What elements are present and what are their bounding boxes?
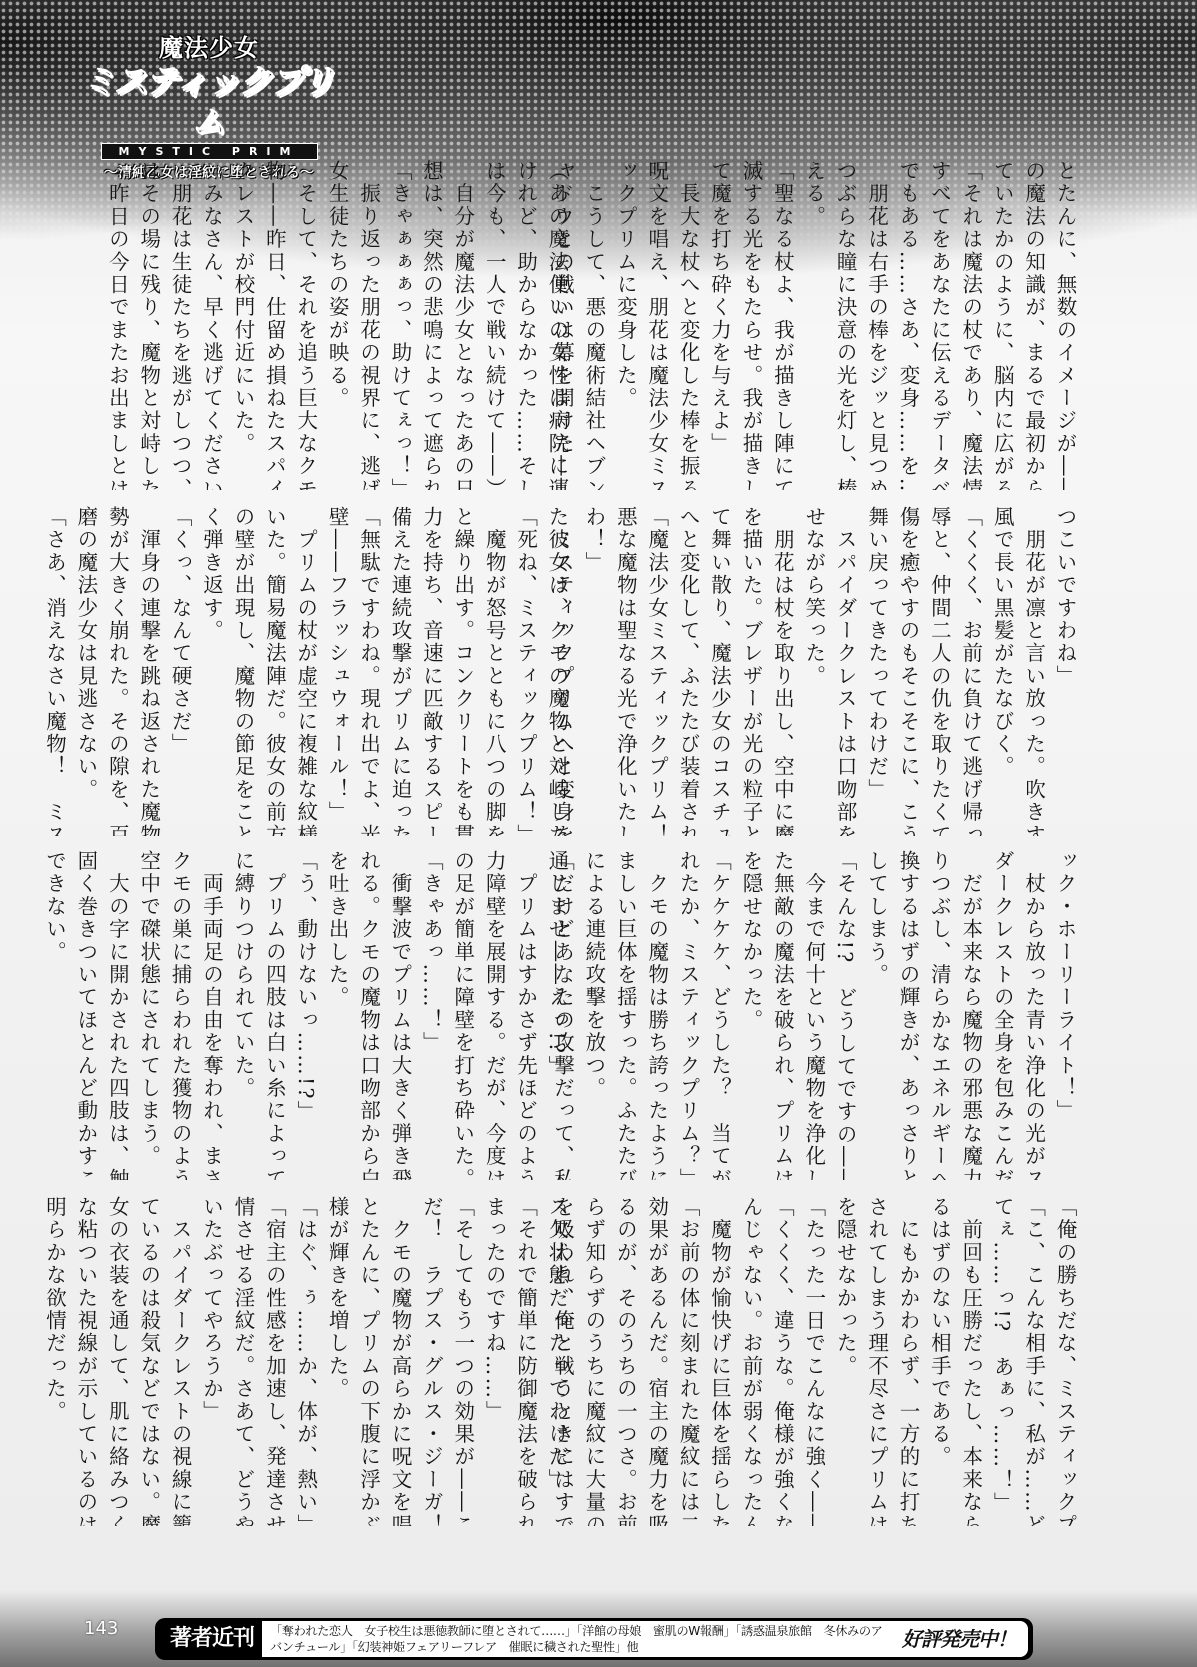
text-line: て魔を打ち砕く力を与えよ」 — [703, 160, 734, 490]
text-line: 「無駄ですわね。現れ出でよ、光の障 — [352, 506, 383, 836]
text-line: プリムの四肢は白い糸によって完全 — [258, 850, 289, 1180]
text-line: 「きゃあっ……！」 — [415, 850, 446, 1180]
text-line: つこいですわね」 — [1049, 506, 1080, 836]
text-line: はその場に残り、魔物と対峙した。 — [132, 160, 163, 490]
text-line: 様が輝きを増した。 — [321, 1196, 352, 1526]
text-line: 舞い戻ってきたってわけだ」 — [860, 506, 891, 836]
text-line: 「そんな!? どうしてですの――」 — [829, 850, 860, 1180]
text-line: クレストが校門付近にいた。 — [227, 160, 258, 490]
text-line: 「聖なる杖よ、我が描きし陣にて魔を — [766, 160, 797, 490]
text-line: 「きゃぁぁぁっ、助けてぇっ！」 — [384, 160, 415, 490]
text-line: すべてをあなたに伝えるデータベース — [923, 160, 954, 490]
text-line: 大の字に開かされた四肢は、触手が — [101, 850, 132, 1180]
text-line: 「そしてもう一つの効果が――これ — [446, 1196, 477, 1526]
text-line: 悪な魔物は聖なる光で浄化いたします — [609, 506, 640, 836]
text-line: （あの魔法使いの女性は病院に運んだ — [541, 160, 572, 490]
text-line: 滅する光をもたらせ。我が描きし姿に — [735, 160, 766, 490]
text-line: 女生徒たちの姿が映る。 — [321, 160, 352, 490]
text-line: ック・ホーリーライト！」 — [1049, 850, 1080, 1180]
text-line: 今まで何十という魔物を浄化してき — [797, 850, 828, 1180]
text-line: た彼女は、クモの魔物と対峙した。 — [541, 506, 572, 836]
text-line: 想は、突然の悲鳴によって遮られた。 — [415, 160, 446, 490]
text-line: 両手両足の自由を奪われ、まさしく — [195, 850, 226, 1180]
text-line: してしまう。 — [860, 850, 891, 1180]
series-romaji: MYSTIC PRIM — [101, 143, 318, 160]
text-line: 魔物が怒号とともに八つの脚を次々 — [478, 506, 509, 836]
text-line: ス欠状態だったってわけだ」 — [541, 1196, 572, 1526]
text-line: く弾き返す。 — [195, 506, 226, 836]
text-line: 「みなさん、早く逃げてください！」 — [195, 160, 226, 490]
text-line: 「くっ、なんて硬さだ」 — [164, 506, 195, 836]
text-line: 辱と、仲間二人の仇を取りたくてなぁ。 — [923, 506, 954, 836]
text-line: は今も、一人で戦い続けて――） — [478, 160, 509, 490]
text-line: だが本来なら魔物の邪悪な魔力を塗 — [954, 850, 985, 1180]
tier-3-right-block: ック・ホーリーライト！」 杖から放った青い浄化の光がスパイダークレストの全身を包… — [545, 850, 1080, 1180]
text-line: んじゃない。お前が弱くなったんだ」 — [735, 1196, 766, 1526]
text-line: けれど、助からなかった……そして私 — [509, 160, 540, 490]
author-ad-tagline: 好評発売中！ — [902, 1622, 1016, 1656]
text-line: の魔法の知識が、まるで最初から知っ — [1017, 160, 1048, 490]
text-line: ていたかのように、脳内に広がる。 — [986, 160, 1017, 490]
text-line: るのが、そのうちの一つさ。お前は知 — [609, 1196, 640, 1526]
author-ad-label: 著者近刊 — [170, 1622, 254, 1656]
text-line: の足が簡単に障壁を打ち砕いた。 — [446, 850, 477, 1180]
text-line: 呪文を唱え、朋花は魔法少女ミスティ — [640, 160, 671, 490]
text-line: まったのですね……」 — [478, 1196, 509, 1526]
text-line: 固く巻きついてほとんど動かすことも — [70, 850, 101, 1180]
text-line: 女の衣装を通して、肌に絡みつくよう — [101, 1196, 132, 1526]
text-line: 「ケケケケ、どうした？ 当てが外 — [703, 850, 734, 1180]
text-line: プリムの杖が虚空に複雑な紋様を描 — [289, 506, 320, 836]
page-number: 143 — [84, 1618, 118, 1639]
text-line: るはずのない相手である。 — [923, 1196, 954, 1526]
text-line: されてしまう理不尽さにプリムは動揺 — [860, 1196, 891, 1526]
text-line: スパイダークレストは口吻部を震わ — [829, 506, 860, 836]
text-line: 「俺の勝ちだな、ミスティックプリム」 — [1049, 1196, 1080, 1526]
text-line: だ！ ラプス・グルス・ジーガ！」 — [415, 1196, 446, 1526]
tier-3-left-block: 通じませ――えっ!?」 プリムはすかさず先ほどのように魔力障壁を展開する。だが、… — [37, 850, 572, 1180]
text-line: 渾身の連撃を跳ね返された魔物の体 — [132, 506, 163, 836]
text-line: りつぶし、清らかなエネルギーへと変 — [923, 850, 954, 1180]
series-title: ミスティックプリム — [78, 63, 340, 143]
text-line: 力を持ち、音速に匹敵するスピードを — [415, 506, 446, 836]
text-line: 「宿主の性感を加速し、発達させ、発 — [258, 1196, 289, 1526]
text-line: できない。 — [38, 850, 69, 1180]
text-line: 「魔法少女ミスティックプリム！ 邪 — [640, 506, 671, 836]
text-line: つぶらな瞳に決意の光を灯し、棒を構 — [829, 160, 860, 490]
text-line: 勢が大きく崩れた。その隙を、百戦錬 — [101, 506, 132, 836]
text-line: そして、それを追う巨大なクモの魔 — [289, 160, 320, 490]
text-line: 「はぐ、ぅ……か、体が、熱い」 — [289, 1196, 320, 1526]
text-line: 長大な杖へと変化した棒を振るい、 — [672, 160, 703, 490]
text-line: 通じませ――えっ!?」 — [541, 850, 572, 1180]
text-line: わ！」 — [578, 506, 609, 836]
text-line: 朋花は右手の棒をジッと見つめた。 — [860, 160, 891, 490]
tier-1-left-block: （あの魔法使いの女性は病院に運んだけれど、助からなかった……そして私は今も、一人… — [92, 160, 572, 490]
text-line: える。 — [797, 160, 828, 490]
tier-2-right-block: つこいですわね」 朋花が凛と言い放った。吹きすさぶ風で長い黒髪がたなびく。「くく… — [545, 506, 1080, 836]
text-line: を吐き出した。 — [321, 850, 352, 1180]
text-line: 朋花は杖を取り出し、空中に魔法陣 — [766, 506, 797, 836]
text-line: 振り返った朋花の視界に、逃げ惑う — [352, 160, 383, 490]
text-line: プリムはすかさず先ほどのように魔 — [509, 850, 540, 1180]
text-line: 力障壁を展開する。だが、今度は魔物 — [478, 850, 509, 1180]
text-line: を隠せなかった。 — [829, 1196, 860, 1526]
text-line: による連続攻撃を放つ。 — [578, 850, 609, 1180]
text-line: でもある……さあ、変身……を……」 — [892, 160, 923, 490]
text-line: 前回も圧勝だったし、本来なら負け — [954, 1196, 985, 1526]
text-line: 換するはずの輝きが、あっさりと霧散 — [892, 850, 923, 1180]
text-line: 杖から放った青い浄化の光がスパイ — [1017, 850, 1048, 1180]
text-line: クモの魔物は勝ち誇ったようにおぞ — [640, 850, 671, 1180]
text-line: 「さあ、消えなさい魔物！ ミスティ — [38, 506, 69, 836]
tier-2-left-block: た彼女は、クモの魔物と対峙した。「死ね、ミスティックプリム！」 魔物が怒号ととも… — [37, 506, 572, 836]
text-line: を描いた。ブレザーが光の粒子となっ — [735, 506, 766, 836]
text-line: スパイダークレストの視線に籠もっ — [164, 1196, 195, 1526]
text-line: とたんに、プリムの下腹に浮かぶ紋 — [352, 1196, 383, 1526]
text-line: ましい巨体を揺すった。ふたたび節足 — [609, 850, 640, 1180]
text-line: らず知らずのうちに魔紋に大量の魔力 — [578, 1196, 609, 1526]
text-line: に縛りつけられていた。 — [227, 850, 258, 1180]
text-line: 風で長い黒髪がたなびく。 — [986, 506, 1017, 836]
text-line: せながら笑った。 — [797, 506, 828, 836]
series-kicker: 魔法少女 — [78, 28, 340, 63]
text-line: れたか、ミスティックプリム？」 — [672, 850, 703, 1180]
author-ad-titles: 「奪われた恋人 女子校生は悪徳教師に堕とされて……」「洋館の母娘 蜜肌のW報酬」… — [270, 1623, 890, 1655]
text-line: 効果があるんだ。宿主の魔力を吸い取 — [640, 1196, 671, 1526]
text-line: 朋花は生徒たちを逃がしつつ、自ら — [164, 160, 195, 490]
text-line: 自分が魔法少女となったあの日の回 — [446, 160, 477, 490]
text-line: 傷を癒やすのもそこそこに、こうして — [892, 506, 923, 836]
text-line: を隠せなかった。 — [735, 850, 766, 1180]
text-line: 衝撃波でプリムは大きく弾き飛ばさ — [384, 850, 415, 1180]
text-line: 「死ね、ミスティックプリム！」 — [509, 506, 540, 836]
text-line: 「こ、こんな相手に、私が……どうし — [1017, 1196, 1048, 1526]
text-line: た無敵の魔法を破られ、プリムは動揺 — [766, 850, 797, 1180]
text-line: 情させる淫紋だ。さあて、どうやって — [227, 1196, 258, 1526]
tier-4-left-block: ス欠状態だったってわけだ」「それで簡単に防御魔法を破られてしまったのですね……」… — [37, 1196, 572, 1526]
text-line: ックプリムに変身した。 — [609, 160, 640, 490]
text-line: とたんに、無数のイメージが――数々 — [1049, 160, 1080, 490]
text-line: 魔物が愉快げに巨体を揺らした。 — [703, 1196, 734, 1526]
text-line: 「昨日の今日でまたお出ましとは、し — [101, 160, 132, 490]
text-line: 物――昨日、仕留め損ねたスパイダー — [258, 160, 289, 490]
text-line: 「それで簡単に防御魔法を破られてし — [509, 1196, 540, 1526]
text-line: 磨の魔法少女は見逃さない。 — [70, 506, 101, 836]
text-line: と繰り出す。コンクリートをも貫く威 — [446, 506, 477, 836]
text-line: てぇ……っ!? あぁっ……！」 — [986, 1196, 1017, 1526]
text-line: クモの魔物が高らかに呪文を唱える。 — [384, 1196, 415, 1526]
text-line: 「くくく、お前に負けて逃げ帰った屈 — [954, 506, 985, 836]
text-line: れる。クモの魔物は口吻部から白い糸 — [352, 850, 383, 1180]
text-line: 明らかな欲情だった。 — [38, 1196, 69, 1526]
text-line: 「くくく、違うな。俺様が強くなった — [766, 1196, 797, 1526]
tier-4-right-block: 「俺の勝ちだな、ミスティックプリム」「こ、こんな相手に、私が……どうしてぇ……っ… — [545, 1196, 1080, 1526]
text-line: いた。簡易魔法陣だ。彼女の前方に光 — [258, 506, 289, 836]
text-line: クモの巣に捕らわれた獲物のように、 — [164, 850, 195, 1180]
text-line: て舞い散り、魔法少女のコスチューム — [703, 506, 734, 836]
text-line: 壁――フラッシュウォール！」 — [321, 506, 352, 836]
text-line: 空中で磔状態にされてしまう。 — [132, 850, 163, 1180]
text-line: 「お前の体に刻まれた魔紋には二つの — [672, 1196, 703, 1526]
text-line: 朋花が凛と言い放った。吹きすさぶ — [1017, 506, 1048, 836]
text-line: ダークレストの全身を包みこんだ。 — [986, 850, 1017, 1180]
text-line: 「う、動けないっ……!?」 — [289, 850, 320, 1180]
text-line: へと変化して、ふたたび装着される。 — [672, 506, 703, 836]
text-line: こうして、悪の魔術結社ヘブンズシ — [578, 160, 609, 490]
text-line: いたぶってやろうか」 — [195, 1196, 226, 1526]
series-logo: 魔法少女 ミスティックプリム MYSTIC PRIM 〜清純乙女は淫紋に堕とされ… — [78, 28, 340, 182]
text-line: にもかかわらず、一方的に打ち負か — [892, 1196, 923, 1526]
tier-1-right-block: とたんに、無数のイメージが――数々の魔法の知識が、まるで最初から知っていたかのよ… — [545, 160, 1080, 490]
text-line: 「それは魔法の杖であり、魔法情報の — [954, 160, 985, 490]
text-line: な粘ついた視線が示しているのは―― — [70, 1196, 101, 1526]
text-line: ているのは殺気などではない。魔法少 — [132, 1196, 163, 1526]
text-line: の壁が出現し、魔物の節足をことごと — [227, 506, 258, 836]
text-line: 備えた連続攻撃がプリムに迫った。 — [384, 506, 415, 836]
text-line: 「たった一日でこんなに強く――」 — [797, 1196, 828, 1526]
